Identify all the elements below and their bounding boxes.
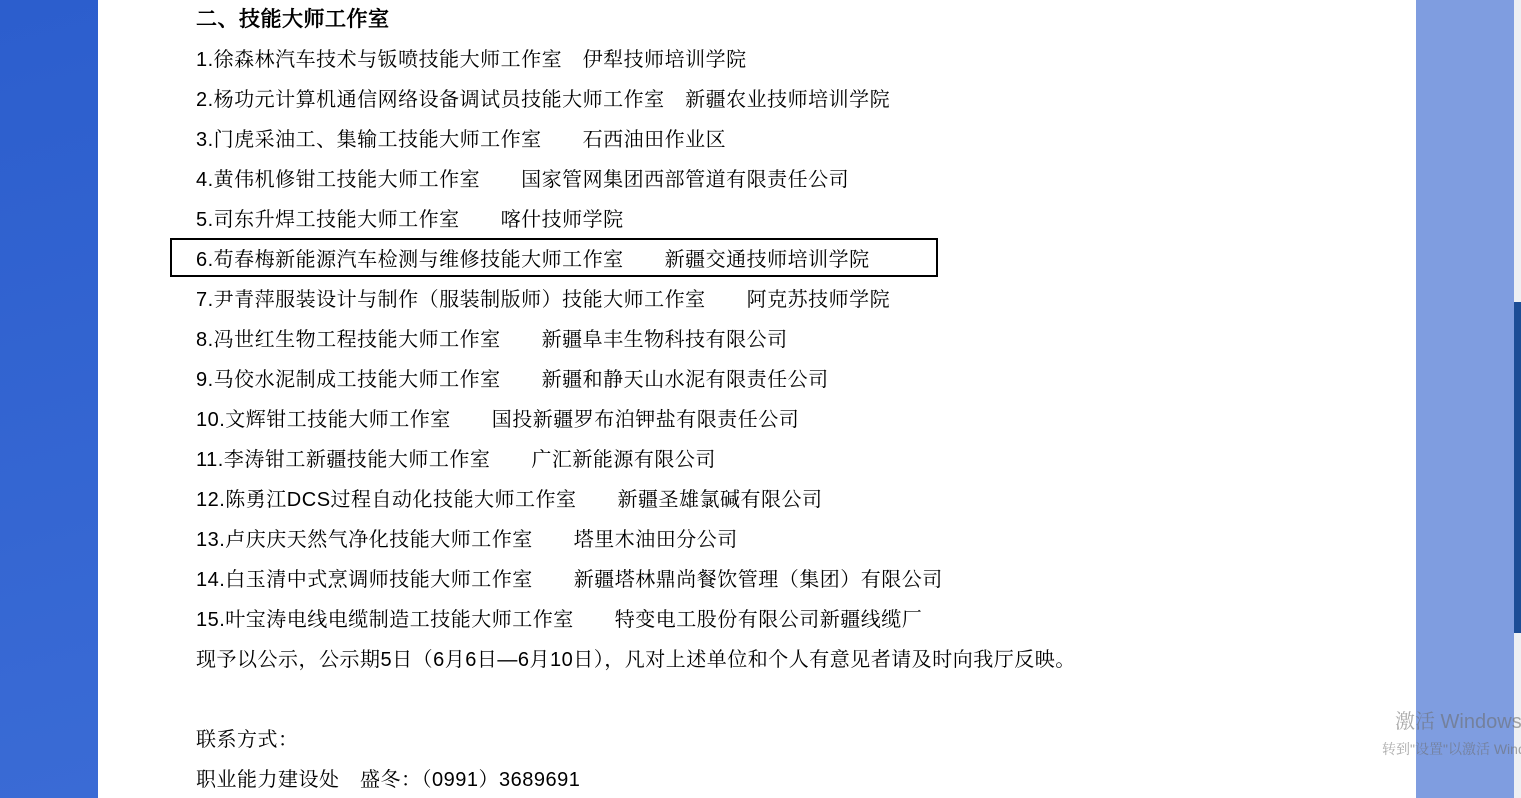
list-item-text: 6.苟春梅新能源汽车检测与维修技能大师工作室 新疆交通技师培训学院 xyxy=(196,249,870,271)
list-item-text: 2.杨功元计算机通信网络设备调试员技能大师工作室 新疆农业技师培训学院 xyxy=(196,89,890,111)
left-sidebar xyxy=(0,0,98,798)
scrollbar-track[interactable] xyxy=(1514,0,1521,798)
list-item: 7.尹青萍服装设计与制作（服装制版师）技能大师工作室 阿克苏技师学院 xyxy=(196,280,1256,320)
scrollbar-thumb[interactable] xyxy=(1514,302,1521,633)
list-item: 3.门虎采油工、集输工技能大师工作室 石西油田作业区 xyxy=(196,120,1256,160)
list-item-text: 10.文辉钳工技能大师工作室 国投新疆罗布泊钾盐有限责任公司 xyxy=(196,409,799,431)
blank-line xyxy=(196,680,1256,720)
list-item-highlighted: 6.苟春梅新能源汽车检测与维修技能大师工作室 新疆交通技师培训学院 xyxy=(196,240,1256,280)
list-item-text: 9.马佼水泥制成工技能大师工作室 新疆和静天山水泥有限责任公司 xyxy=(196,369,829,391)
list-item-text: 1.徐森林汽车技术与钣喷技能大师工作室 伊犁技师培训学院 xyxy=(196,49,747,71)
list-item: 12.陈勇江DCS过程自动化技能大师工作室 新疆圣雄氯碱有限公司 xyxy=(196,480,1256,520)
list-item: 2.杨功元计算机通信网络设备调试员技能大师工作室 新疆农业技师培训学院 xyxy=(196,80,1256,120)
list-item: 14.白玉清中式烹调师技能大师工作室 新疆塔林鼎尚餐饮管理（集团）有限公司 xyxy=(196,560,1256,600)
list-item: 4.黄伟机修钳工技能大师工作室 国家管网集团西部管道有限责任公司 xyxy=(196,160,1256,200)
right-panel xyxy=(1416,0,1514,798)
watermark-line2: 转到"设置"以激活 Windows。 xyxy=(1382,739,1521,759)
list-item: 11.李涛钳工新疆技能大师工作室 广汇新能源有限公司 xyxy=(196,440,1256,480)
section-title: 二、技能大师工作室 xyxy=(196,0,1256,40)
contact-line: 职业能力建设处 盛冬：（0991）3689691 xyxy=(196,760,1256,798)
list-item-text: 13.卢庆庆天然气净化技能大师工作室 塔里木油田分公司 xyxy=(196,529,738,551)
list-item-text: 4.黄伟机修钳工技能大师工作室 国家管网集团西部管道有限责任公司 xyxy=(196,169,849,191)
list-item: 13.卢庆庆天然气净化技能大师工作室 塔里木油田分公司 xyxy=(196,520,1256,560)
list-item: 15.叶宝涛电线电缆制造工技能大师工作室 特变电工股份有限公司新疆线缆厂 xyxy=(196,600,1256,640)
list-item-text: 14.白玉清中式烹调师技能大师工作室 新疆塔林鼎尚餐饮管理（集团）有限公司 xyxy=(196,569,943,591)
list-item-text: 12.陈勇江DCS过程自动化技能大师工作室 新疆圣雄氯碱有限公司 xyxy=(196,489,823,511)
list-item-text: 3.门虎采油工、集输工技能大师工作室 石西油田作业区 xyxy=(196,129,726,151)
list-item: 8.冯世红生物工程技能大师工作室 新疆阜丰生物科技有限公司 xyxy=(196,320,1256,360)
windows-activation-watermark: 激活 Windows 转到"设置"以激活 Windows。 xyxy=(1382,705,1521,759)
list-item: 9.马佼水泥制成工技能大师工作室 新疆和静天山水泥有限责任公司 xyxy=(196,360,1256,400)
watermark-line1: 激活 Windows xyxy=(1395,705,1521,734)
list-item-text: 8.冯世红生物工程技能大师工作室 新疆阜丰生物科技有限公司 xyxy=(196,329,788,351)
list-item-text: 11.李涛钳工新疆技能大师工作室 广汇新能源有限公司 xyxy=(196,449,716,471)
list-item-text: 15.叶宝涛电线电缆制造工技能大师工作室 特变电工股份有限公司新疆线缆厂 xyxy=(196,609,922,631)
contact-label: 联系方式： xyxy=(196,720,1256,760)
list-item-text: 5.司东升焊工技能大师工作室 喀什技师学院 xyxy=(196,209,624,231)
list-item: 1.徐森林汽车技术与钣喷技能大师工作室 伊犁技师培训学院 xyxy=(196,40,1256,80)
document-content: 二、技能大师工作室 1.徐森林汽车技术与钣喷技能大师工作室 伊犁技师培训学院 2… xyxy=(196,0,1256,798)
list-item: 5.司东升焊工技能大师工作室 喀什技师学院 xyxy=(196,200,1256,240)
list-item-text: 7.尹青萍服装设计与制作（服装制版师）技能大师工作室 阿克苏技师学院 xyxy=(196,289,890,311)
list-item: 10.文辉钳工技能大师工作室 国投新疆罗布泊钾盐有限责任公司 xyxy=(196,400,1256,440)
closing-note: 现予以公示，公示期5日（6月6日—6月10日），凡对上述单位和个人有意见者请及时… xyxy=(196,640,1256,680)
